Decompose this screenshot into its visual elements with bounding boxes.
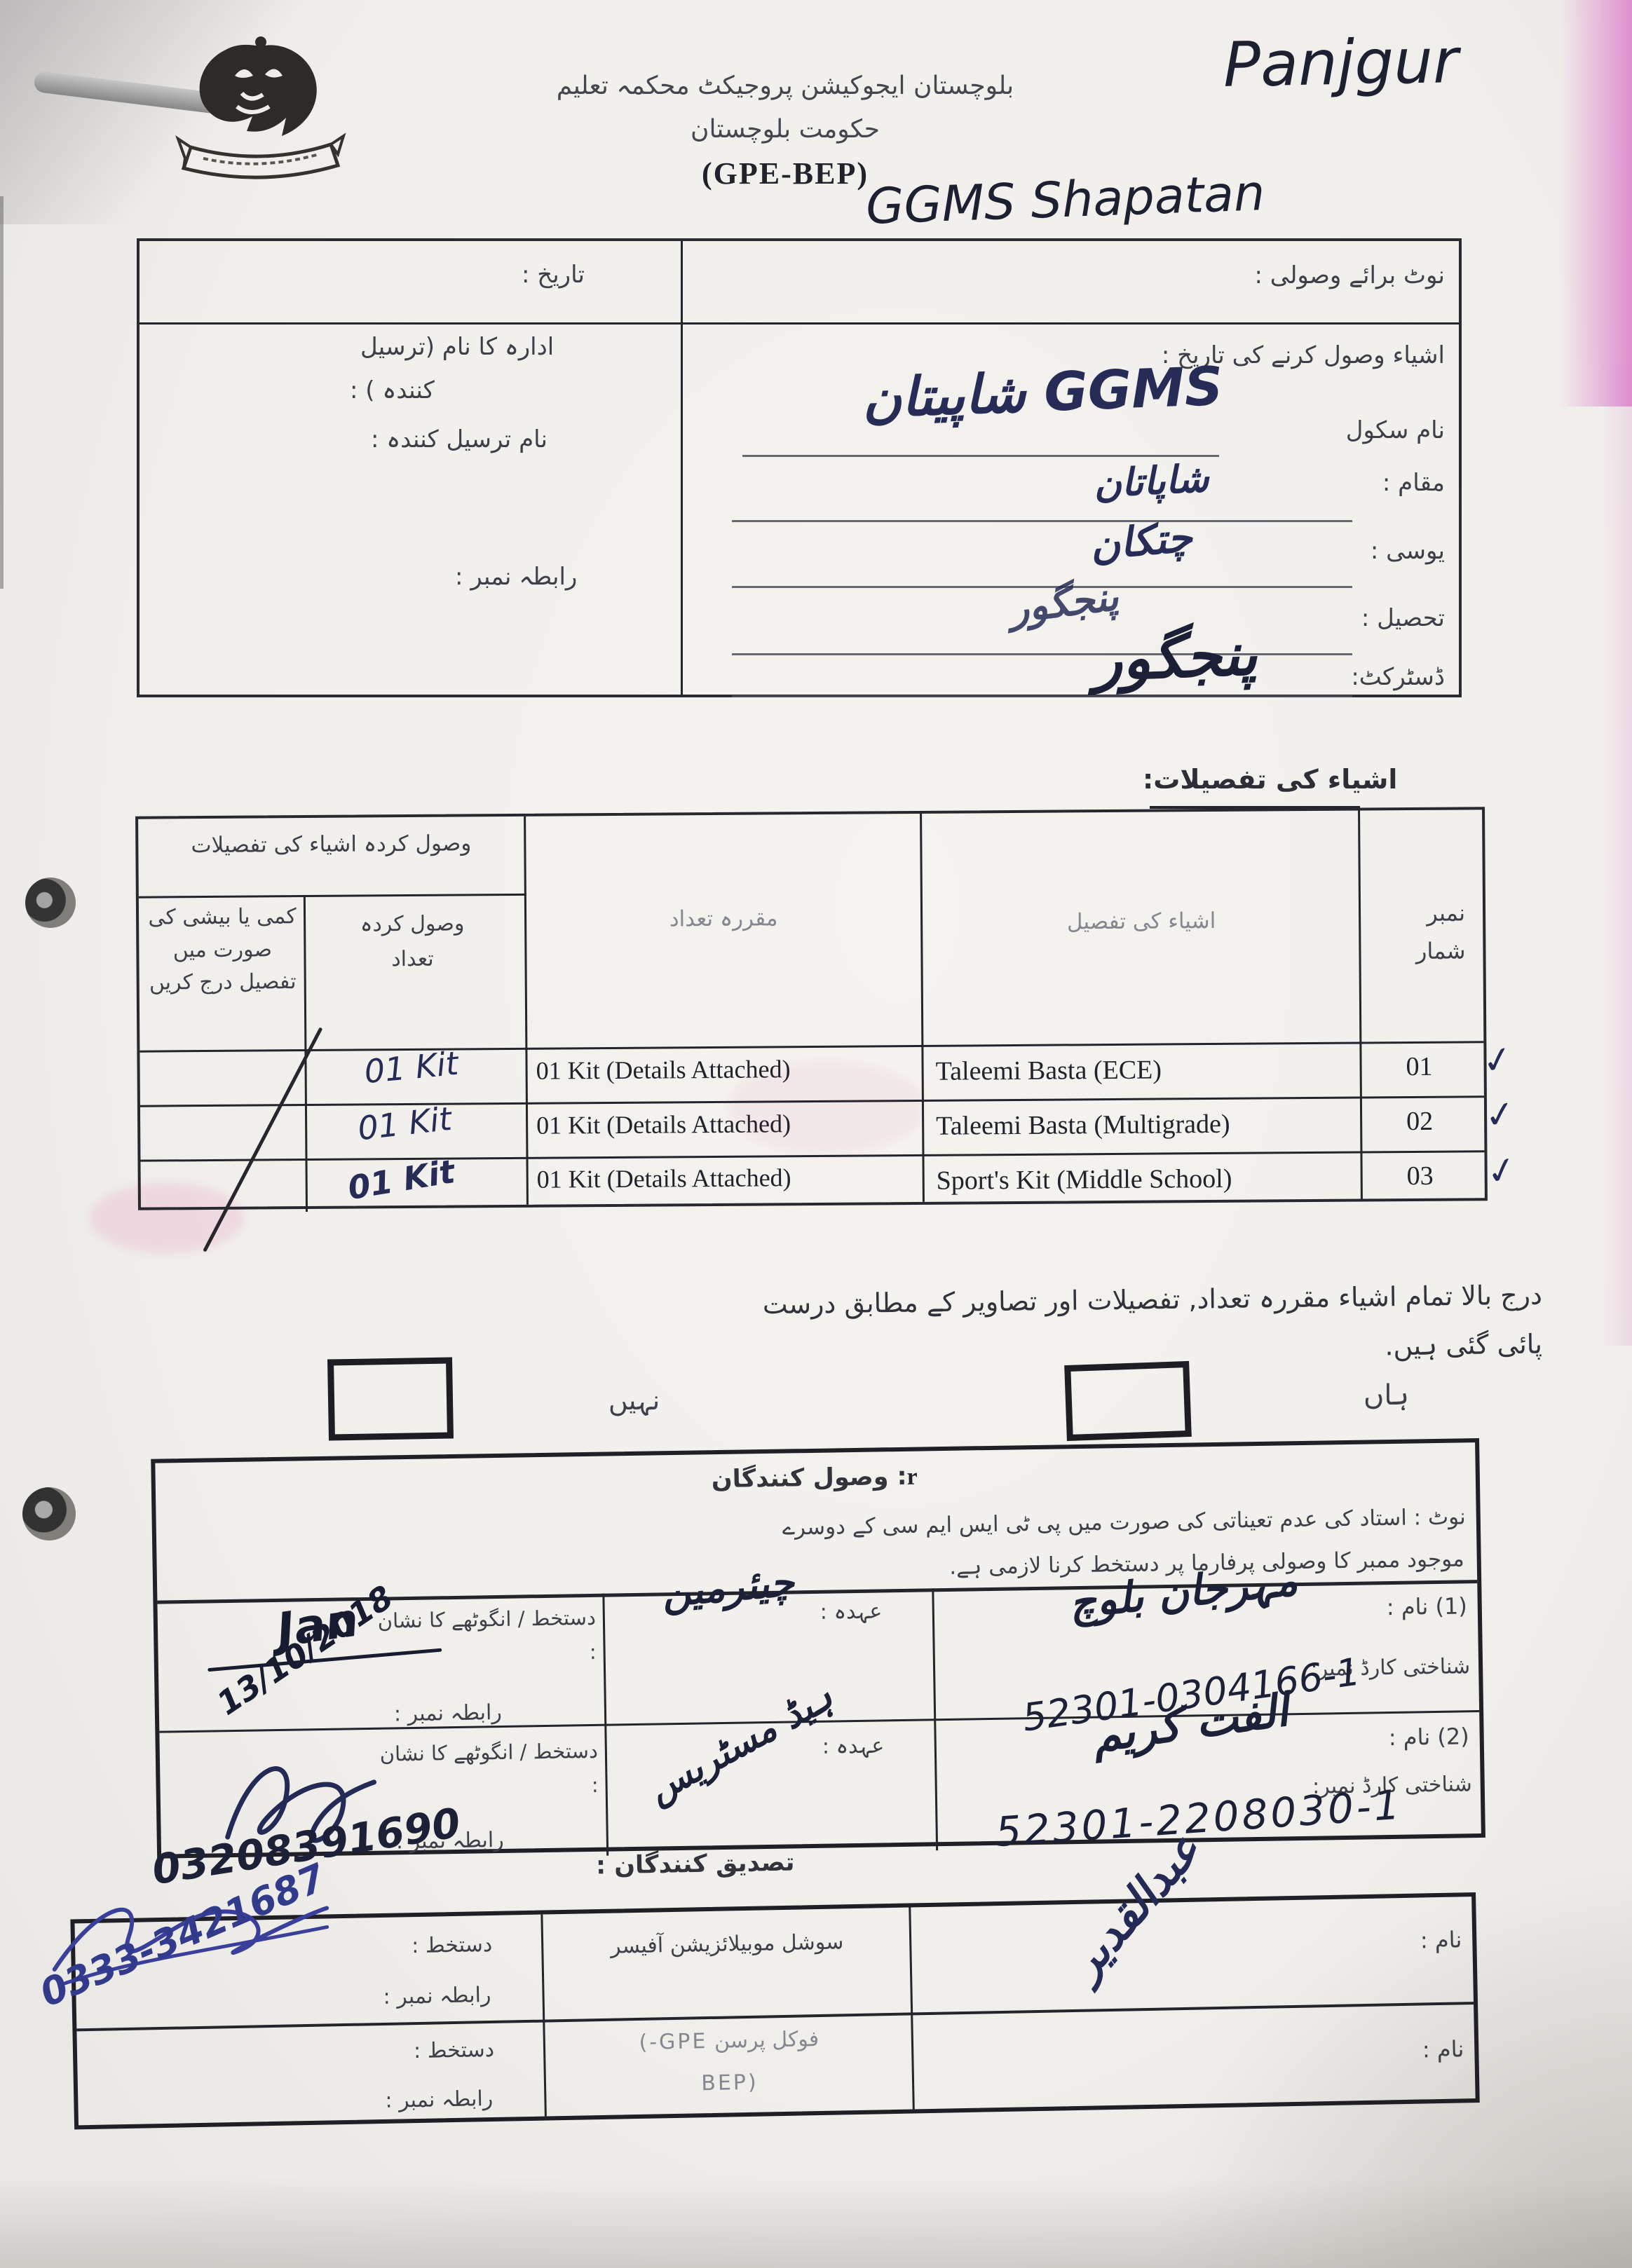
verifier1-designation: سوشل موبیلائزیشن آفیسر xyxy=(559,1923,896,1965)
yes-label: ہاں xyxy=(1364,1379,1409,1412)
receiver1-designation-hw: چیئرمین xyxy=(660,1559,796,1616)
table-divider-horizontal xyxy=(140,322,1459,325)
sender-name-label: نام ترسیل کنندہ : xyxy=(371,425,548,453)
tehsil-label: تحصیل : xyxy=(1361,604,1445,632)
scan-edge-magenta xyxy=(1560,0,1632,407)
hole-punch xyxy=(22,1487,76,1541)
table-divider-vertical xyxy=(681,241,683,695)
confirmation-line1: درج بالا تمام اشیاء مقررہ تعداد, تفصیلات… xyxy=(119,1280,1542,1328)
col-header-serial: نمبر شمار xyxy=(1374,894,1466,971)
receiver1-contact-label: رابطہ نمبر : xyxy=(394,1700,502,1726)
stray-mark: r xyxy=(906,1464,918,1490)
items-section-title: اشیاء کی تفصیلات: xyxy=(1143,764,1486,795)
left-edge-mark xyxy=(0,196,4,589)
yes-checkbox xyxy=(1064,1361,1192,1441)
verifier1-signature-label: دستخط : xyxy=(412,1932,493,1958)
uc-value-hw: چتکان xyxy=(1088,513,1194,569)
col-header-received-group: وصول کردہ اشیاء کی تفصیلات xyxy=(159,826,503,862)
bottom-shadow xyxy=(0,2177,1632,2268)
group-header-line xyxy=(139,894,526,899)
items-table: نمبر شمار اشیاء کی تفصیل مقررہ تعداد وصو… xyxy=(135,807,1488,1210)
row-line-1 xyxy=(140,1095,1484,1107)
sender-org-label-line2: کنندہ ) : xyxy=(350,376,435,404)
sender-contact-label: رابطہ نمبر : xyxy=(455,562,577,591)
item-row-tick: ✓ xyxy=(1483,1147,1521,1195)
receiver2-signature-label: دستخط / انگوٹھے کا نشان : xyxy=(367,1734,599,1807)
receiver1-signature-label: دستخط / انگوٹھے کا نشان : xyxy=(365,1601,597,1674)
hole-punch xyxy=(25,877,76,928)
item-row-received-hw: 01 Kit xyxy=(345,1152,457,1207)
balochistan-crest-logo xyxy=(175,34,347,188)
location-line xyxy=(732,520,1352,522)
col-line-serial xyxy=(1358,811,1363,1199)
item-row-name: Sport's Kit (Middle School) xyxy=(937,1163,1232,1196)
verifier2-contact-label: رابطہ نمبر : xyxy=(385,2086,493,2113)
receiver2-name-label: (2) نام : xyxy=(1388,1723,1469,1751)
col-header-remarks: کمی یا بیشی کی صورت میں تفصیل درج کریں xyxy=(146,901,299,999)
no-checkbox xyxy=(327,1357,454,1440)
district-handwritten: Panjgur xyxy=(1223,25,1459,101)
receivers-note-line1: نوٹ : استاد کی عدم تعیناتی کی صورت میں پ… xyxy=(782,1504,1466,1540)
date-label: تاریخ : xyxy=(522,261,585,289)
verifier2-signature-label: دستخط : xyxy=(414,2037,495,2063)
receipt-note-label: نوٹ برائے وصولی : xyxy=(1254,261,1445,289)
header-bottom-line xyxy=(140,1041,1483,1052)
receivers-title-row: وصول کنندگان :r xyxy=(457,1459,1173,1498)
receivers-table: وصول کنندگان :r نوٹ : استاد کی عدم تعینا… xyxy=(151,1438,1485,1859)
district-line xyxy=(732,695,1352,697)
school-name-value-hw: GGMS شاپیتان xyxy=(862,355,1224,430)
col-line-qty xyxy=(524,817,529,1205)
item-row-name: Taleemi Basta (Multigrade) xyxy=(936,1109,1230,1142)
receiver2-designation-hw: ہیڈ مسٹریس xyxy=(641,1676,840,1812)
col-header-fixed-qty: مقررہ تعداد xyxy=(531,905,916,933)
item-row-received-hw: 01 Kit xyxy=(356,1100,454,1148)
location-label: مقام : xyxy=(1382,469,1445,497)
item-row-fixed-qty: 01 Kit (Details Attached) xyxy=(536,1109,791,1140)
verifiers-col-line-1 xyxy=(540,1915,547,2117)
verifier2-designation-line1: فوکل پرسن GPE-) xyxy=(561,2026,898,2056)
scanned-receipt-form: بلوچستان ایجوکیشن پروجیکٹ محکمہ تعلیم حک… xyxy=(0,0,1632,2268)
verifiers-col-line-2 xyxy=(909,1907,915,2109)
item-row-tick: ✓ xyxy=(1478,1037,1516,1084)
row-line-2 xyxy=(140,1150,1484,1161)
col-line-detail xyxy=(920,814,925,1202)
org-title-line2: حکومت بلوچستان xyxy=(379,115,1192,144)
verifier1-contact-label: رابطہ نمبر : xyxy=(383,1983,491,2009)
verifier1-name-label: نام : xyxy=(1420,1926,1462,1953)
org-title-line1: بلوچستان ایجوکیشن پروجیکٹ محکمہ تعلیم xyxy=(379,71,1192,100)
item-row-serial: 02 xyxy=(1367,1105,1472,1137)
district-value-hw: پنجگور xyxy=(1092,620,1258,694)
school-name-label: نام سکول xyxy=(1346,416,1445,444)
receiver1-name-label: (1) نام : xyxy=(1387,1592,1468,1620)
receiver2-designation-label: عہدہ : xyxy=(822,1733,885,1758)
col-header-received-qty: وصول کردہ تعداد xyxy=(342,906,483,976)
col-header-item-detail: اشیاء کی تفصیل xyxy=(931,908,1352,936)
item-row-name: Taleemi Basta (ECE) xyxy=(935,1055,1162,1087)
item-row-tick: ✓ xyxy=(1482,1092,1518,1138)
sender-org-label-line1: ادارہ کا نام (ترسیل xyxy=(360,332,554,361)
tehsil-line xyxy=(732,653,1352,655)
verifiers-table: نام : سوشل موبیلائزیشن آفیسر دستخط : راب… xyxy=(70,1892,1479,2129)
uc-label: یوسی : xyxy=(1371,537,1445,565)
verifiers-title: تصدیق کنندگان : xyxy=(596,1849,795,1880)
scan-edge-magenta-faint xyxy=(1603,364,1632,1346)
item-row-fixed-qty: 01 Kit (Details Attached) xyxy=(536,1054,790,1086)
verifier2-designation-line2: (BEP xyxy=(562,2068,899,2098)
district-label: ڈسٹرکٹ: xyxy=(1351,663,1445,691)
item-row-serial: 03 xyxy=(1368,1160,1473,1191)
verifier2-name-label: نام : xyxy=(1422,2035,1464,2063)
item-row-fixed-qty: 01 Kit (Details Attached) xyxy=(537,1163,791,1194)
receipt-info-table: تاریخ : ادارہ کا نام (ترسیل کنندہ ) : نا… xyxy=(137,238,1462,697)
no-label: نہیں xyxy=(608,1385,660,1416)
item-row-serial: 01 xyxy=(1366,1051,1471,1082)
school-name-line xyxy=(742,455,1219,457)
receivers-title: وصول کنندگان : xyxy=(712,1463,907,1494)
item-row-received-hw: 01 Kit xyxy=(362,1044,460,1091)
receiver1-designation-label: عہدہ : xyxy=(820,1599,883,1624)
location-value-hw: شاپاتان xyxy=(1092,456,1209,507)
